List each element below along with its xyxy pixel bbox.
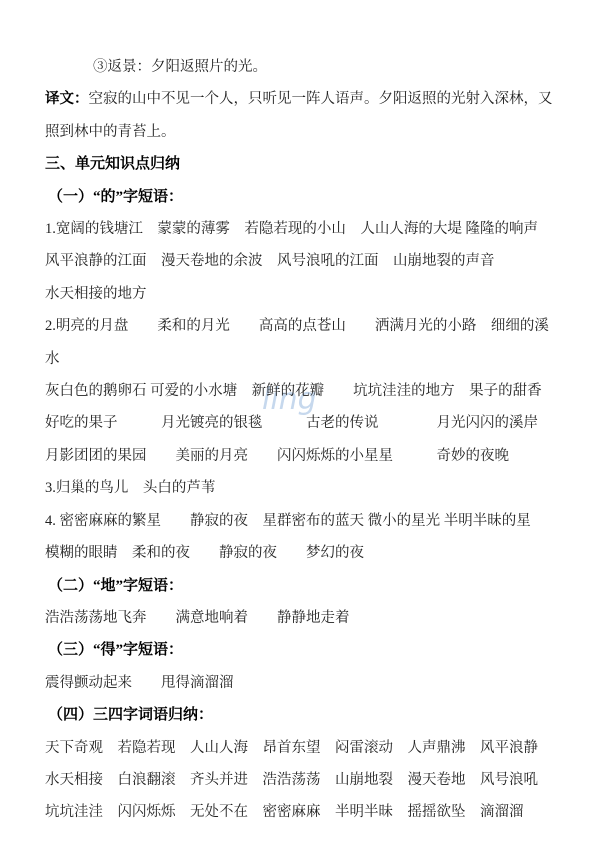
subsection-heading-idioms: （四）三四字词语归纳： <box>45 699 556 731</box>
phrase-line-dei-1: 震得颤动起来 甩得滴溜溜 <box>45 667 556 699</box>
idiom-line-1: 天下奇观 若隐若现 人山人海 昂首东望 闷雷滚动 人声鼎沸 风平浪静 <box>45 732 556 764</box>
document-page: ling ③返景：夕阳返照片的光。 译文：空寂的山中不见一个人，只听见一阵人语声… <box>0 0 596 842</box>
phrase-line-di-1: 浩浩荡荡地飞奔 满意地响着 静静地走着 <box>45 602 556 634</box>
phrase-line-de-5: 灰白色的鹅卵石 可爱的小水塘 新鲜的花瓣 坑坑洼洼的地方 果子的甜香 <box>45 375 556 407</box>
phrase-line-de-6: 好吃的果子 月光镀亮的银毯 古老的传说 月光闪闪的溪岸 <box>45 407 556 439</box>
phrase-line-de-4: 2.明亮的月盘 柔和的月光 高高的点苍山 洒满月光的小路 细细的溪水 <box>45 310 556 375</box>
translation-text-1: 空寂的山中不见一个人，只听见一阵人语声。夕阳返照的光射入深林，又 <box>89 91 553 107</box>
subsection-heading-di: （二）“地”字短语： <box>45 570 556 602</box>
phrase-line-de-1: 1.宽阔的钱塘江 蒙蒙的薄雾 若隐若现的小山 人山人海的大堤 隆隆的响声 <box>45 213 556 245</box>
idiom-line-3: 坑坑洼洼 闪闪烁烁 无处不在 密密麻麻 半明半昧 摇摇欲坠 滴溜溜 <box>45 796 556 828</box>
phrase-line-de-10: 模糊的眼睛 柔和的夜 静寂的夜 梦幻的夜 <box>45 537 556 569</box>
subsection-heading-de: （一）“的”字短语： <box>45 181 556 213</box>
translation-line-1: 译文：空寂的山中不见一个人，只听见一阵人语声。夕阳返照的光射入深林，又 <box>45 83 556 115</box>
phrase-line-de-9: 4. 密密麻麻的繁星 静寂的夜 星群密布的蓝天 微小的星光 半明半昧的星 <box>45 505 556 537</box>
phrase-line-de-7: 月影团团的果园 美丽的月亮 闪闪烁烁的小星星 奇妙的夜晚 <box>45 440 556 472</box>
phrase-line-de-8: 3.归巢的鸟儿 头白的芦苇 <box>45 472 556 504</box>
translation-label: 译文： <box>45 91 89 107</box>
unit-heading: 三、单元知识点归纳 <box>45 148 556 180</box>
subsection-heading-dei: （三）“得”字短语： <box>45 634 556 666</box>
poem-annotation-line: ③返景：夕阳返照片的光。 <box>45 51 556 83</box>
translation-line-2: 照到林中的青苔上。 <box>45 116 556 148</box>
phrase-line-de-3: 水天相接的地方 <box>45 278 556 310</box>
idiom-line-2: 水天相接 白浪翻滚 齐头并进 浩浩荡荡 山崩地裂 漫天卷地 风号浪吼 <box>45 764 556 796</box>
phrase-line-de-2: 风平浪静的江面 漫天卷地的余波 风号浪吼的江面 山崩地裂的声音 <box>45 245 556 277</box>
document-content: ③返景：夕阳返照片的光。 译文：空寂的山中不见一个人，只听见一阵人语声。夕阳返照… <box>0 0 596 829</box>
